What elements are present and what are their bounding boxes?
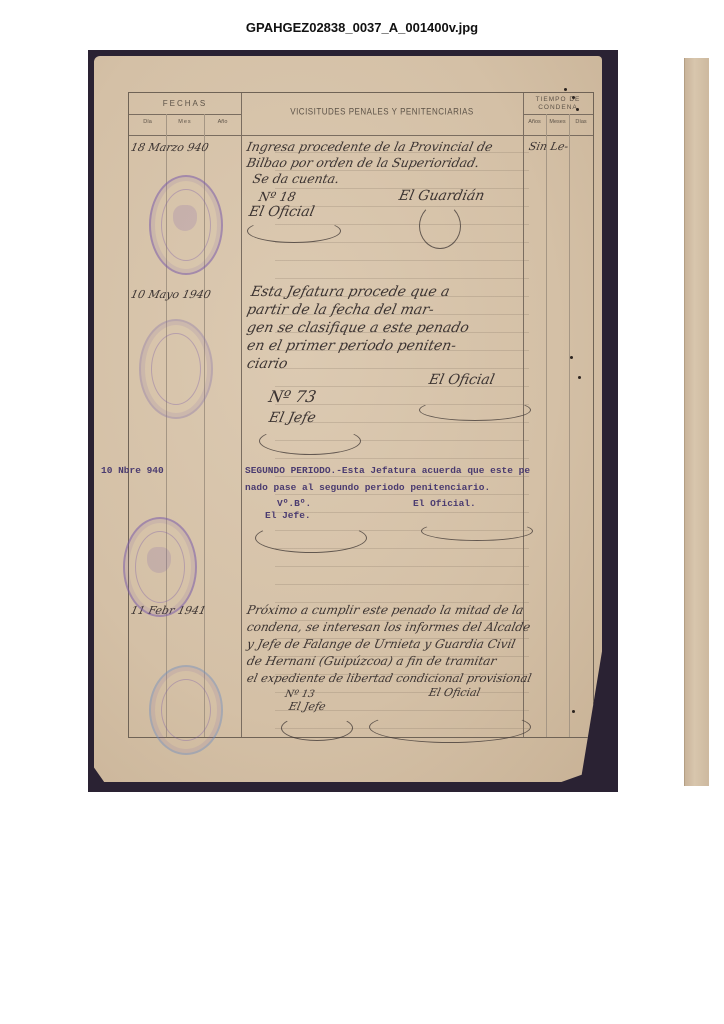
stamp-colonias-penitenciarias-1: COLONIAS PENITENCIARIAS MILITARIZADAS · … <box>149 175 223 275</box>
header-tiempo-condena: TIEMPO DE CONDENA <box>523 96 593 112</box>
entry-3-signature-left <box>255 523 367 553</box>
header-dias: Días <box>569 119 593 125</box>
entry-4-line-4: de Hernani (Guipúzcoa) a fin de tramitar <box>245 654 497 669</box>
entry-4-line-3: y Jefe de Falange de Urnieta y Guardia C… <box>245 637 516 652</box>
entry-1-signer-right: El Guardián <box>397 189 485 204</box>
entry-1-condena-note: Sin Le- <box>527 139 569 154</box>
stamp-colonias-penitenciarias-3: COLONIAS PENITENCIARIAS MILITARIZADAS · … <box>123 517 197 617</box>
entry-2-signer-left: El Jefe <box>267 411 317 426</box>
entry-3-line-1: SEGUNDO PERIODO.-Esta Jefatura acuerda q… <box>245 464 530 477</box>
adjacent-page-edge <box>684 58 709 786</box>
stamp-faded-blue <box>149 665 223 755</box>
entry-2-number: Nº 73 <box>267 389 317 404</box>
col-anos-line <box>546 114 547 737</box>
entry-1-signature-left <box>247 219 341 243</box>
record-sheet: FECHAS Día Mes Año VICISITUDES PENALES Y… <box>94 56 602 782</box>
eagle-emblem-icon <box>147 547 171 573</box>
header-fechas: FECHAS <box>129 99 241 108</box>
entry-4-signature-right <box>369 711 531 743</box>
entry-2-line-5: ciario <box>245 357 288 372</box>
ink-speck <box>570 356 573 359</box>
entry-4-signer-left: El Jefe <box>287 699 327 714</box>
document-scan: FECHAS Día Mes Año VICISITUDES PENALES Y… <box>88 50 618 792</box>
header-vicisitudes: VICISITUDES PENALES Y PENITENCIARIAS <box>241 106 523 116</box>
stamp-colonias-penitenciarias-2: COLONIAS PENITENCIARIAS MILITARIZADAS <box>139 319 213 419</box>
entry-1-signer-left: El Oficial <box>247 205 315 220</box>
ink-speck <box>564 88 567 91</box>
entry-2-date: 10 Mayo 1940 <box>129 287 212 302</box>
eagle-emblem-icon <box>173 205 197 231</box>
header-mes: Mes <box>166 119 204 125</box>
entry-1-signature-right <box>419 203 461 249</box>
entry-4-line-1: Próximo a cumplir este penado la mitad d… <box>245 603 524 618</box>
ink-speck <box>572 710 575 713</box>
header-dia: Día <box>129 119 166 125</box>
col-meses-line <box>569 114 570 737</box>
entry-2-signature-right <box>419 399 531 421</box>
tiempo-divider <box>523 114 593 115</box>
header-anos: Años <box>523 119 546 125</box>
entry-4-line-2: condena, se interesan los informes del A… <box>245 620 531 635</box>
entry-1-line-3: Se da cuenta. <box>251 171 341 186</box>
ink-speck <box>578 376 581 379</box>
entry-1-line-1: Ingresa procedente de la Provincial de <box>245 139 494 154</box>
entry-2-line-1: Esta Jefatura procede que a <box>249 285 451 300</box>
entry-3-signature-right <box>421 521 533 541</box>
entry-1-date: 18 Marzo 940 <box>129 140 210 155</box>
fechas-divider <box>129 114 241 115</box>
entry-2-line-4: en el primer periodo peniten- <box>245 339 457 354</box>
entry-2-line-2: partir de la fecha del mar- <box>245 303 435 318</box>
entry-1-line-2: Bilbao por orden de la Superioridad. <box>245 155 480 170</box>
entry-4-signer-right: El Oficial <box>427 685 481 700</box>
entry-2-signature-left <box>259 427 361 455</box>
col-fechas-line <box>241 93 242 737</box>
ink-speck <box>572 96 575 99</box>
entry-3-signer-right: El Oficial. <box>413 497 476 510</box>
ink-speck <box>576 108 579 111</box>
record-table: FECHAS Día Mes Año VICISITUDES PENALES Y… <box>128 92 594 738</box>
entry-3-signer-left: El Jefe. <box>265 509 311 522</box>
entry-4-signature-left <box>281 715 353 741</box>
header-ano: Año <box>204 119 241 125</box>
header-meses: Meses <box>546 119 569 125</box>
entry-4-line-5: el expediente de libertad condicional pr… <box>245 671 532 686</box>
file-name-caption: GPAHGEZ02838_0037_A_001400v.jpg <box>0 20 724 35</box>
entry-2-line-3: gen se clasifique a este penado <box>245 321 470 336</box>
entry-3-date: 10 Nbre 940 <box>101 464 164 477</box>
entry-3-line-2: nado pase al segundo periodo penitenciar… <box>245 481 490 494</box>
entry-2-signer-right: El Oficial <box>427 373 495 388</box>
entry-1-number: Nº 18 <box>257 189 297 204</box>
